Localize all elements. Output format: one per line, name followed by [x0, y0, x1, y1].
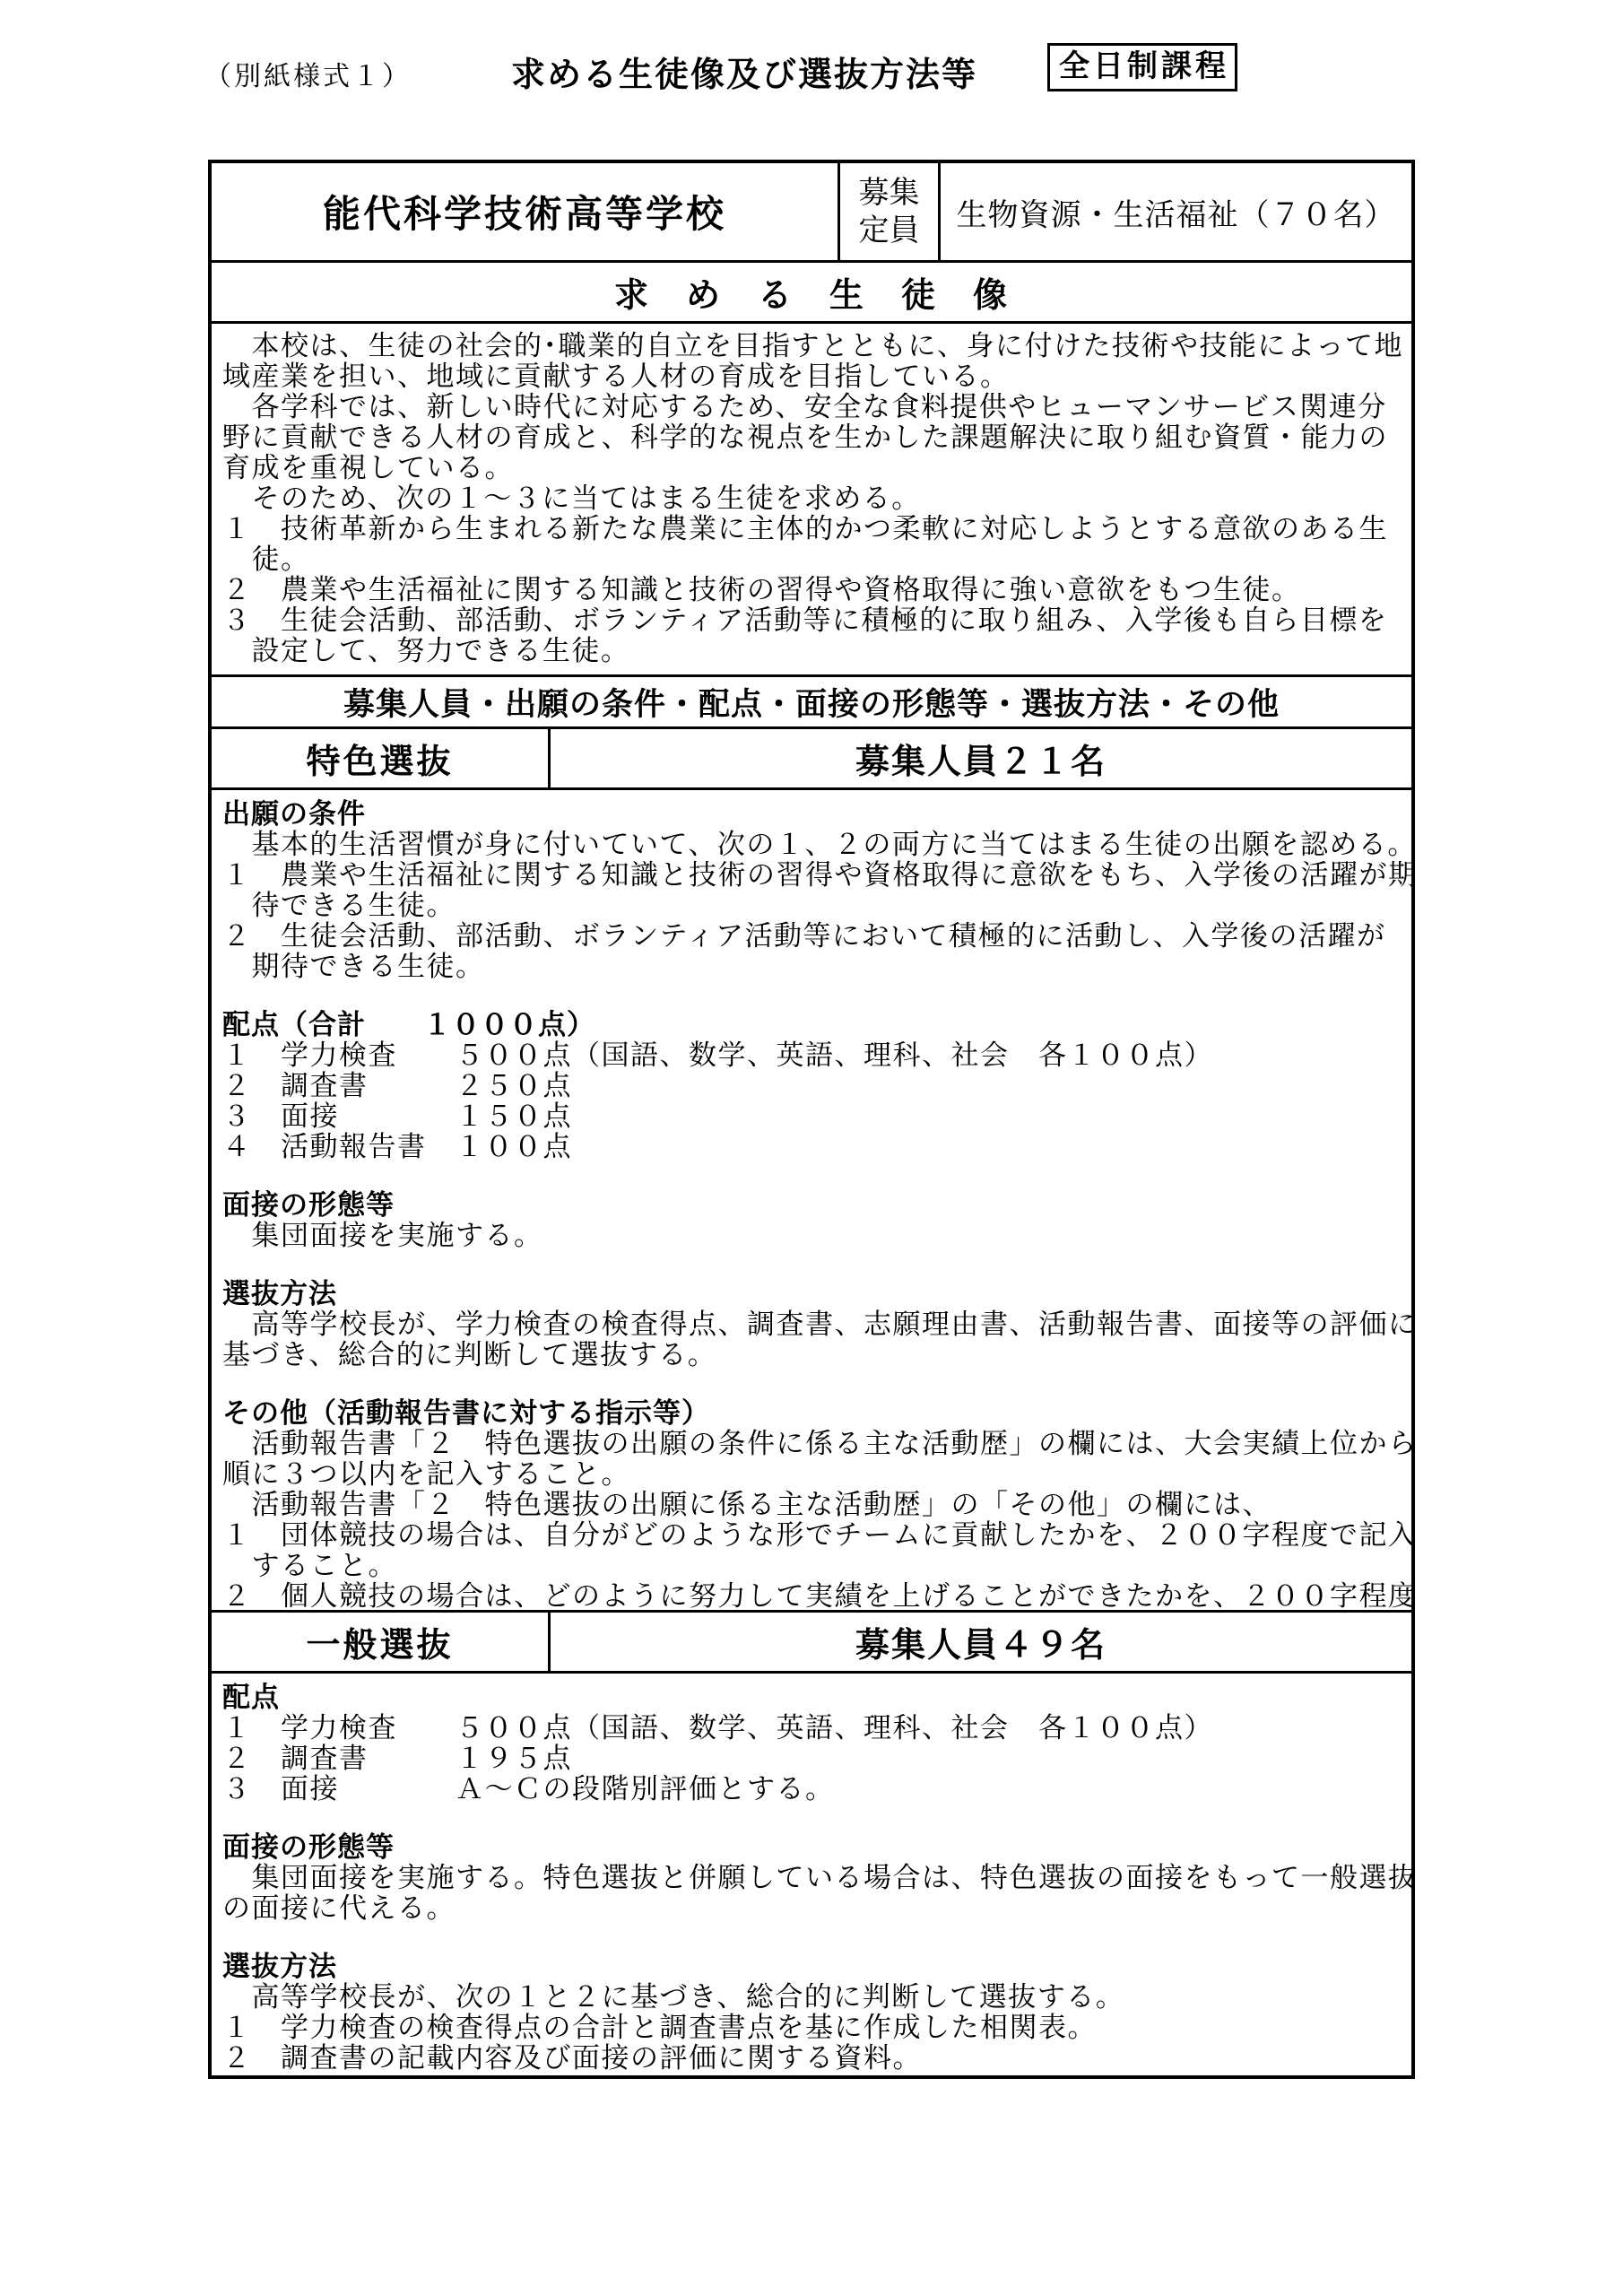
text-line: ２ 調査書 １９５点 [222, 1744, 1402, 1774]
text-line: ２ 生徒会活動、部活動、ボランティア活動等において積極的に活動し、入学後の活躍が [222, 921, 1402, 952]
text-line: ２ 個人競技の場合は、どのように努力して実績を上げることができたかを、２００字程… [222, 1581, 1402, 1610]
capacity-value: 生物資源・生活福祉（７０名） [938, 163, 1411, 260]
block-heading: 選抜方法 [222, 1279, 1402, 1309]
content-block: 面接の形態等 集団面接を実施する。 [222, 1190, 1402, 1251]
tokushoku-label: 特色選抜 [212, 729, 548, 787]
course-badge: 全日制課程 [1047, 43, 1237, 91]
text-line: そのため、次の１～３に当てはまる生徒を求める。 [222, 483, 1402, 514]
ippan-content: 配点１ 学力検査 ５００点（国語、数学、英語、理科、社会 各１００点）２ 調査書… [212, 1671, 1411, 2076]
text-line: 野に貢献できる人材の育成と、科学的な視点を生かした課題解決に取り組む資質・能力の [222, 422, 1402, 453]
block-heading: その他（活動報告書に対する指示等） [222, 1398, 1402, 1429]
text-line: 高等学校長が、学力検査の検査得点、調査書、志願理由書、活動報告書、面接等の評価に [222, 1309, 1402, 1340]
text-line: 集団面接を実施する。特色選抜と併願している場合は、特色選抜の面接をもって一般選抜 [222, 1863, 1402, 1893]
content-block: その他（活動報告書に対する指示等） 活動報告書「２ 特色選抜の出願の条件に係る主… [222, 1398, 1402, 1610]
text-line: 基本的生活習慣が身に付いていて、次の１、２の両方に当てはまる生徒の出願を認める。 [222, 830, 1402, 860]
selection-method-header: 募集人員・出願の条件・配点・面接の形態等・選抜方法・その他 [212, 674, 1411, 726]
document-title: 求める生徒像及び選抜方法等 [511, 47, 977, 96]
page-header: （別紙様式１） 求める生徒像及び選抜方法等 全日制課程 [0, 43, 1623, 100]
content-block: 配点１ 学力検査 ５００点（国語、数学、英語、理科、社会 各１００点）２ 調査書… [222, 1683, 1402, 1805]
text-line: ２ 調査書の記載内容及び面接の評価に関する資料。 [222, 2043, 1402, 2074]
content-block: 面接の形態等 集団面接を実施する。特色選抜と併願している場合は、特色選抜の面接を… [222, 1832, 1402, 1924]
block-heading: 面接の形態等 [222, 1832, 1402, 1863]
ippan-label-row: 一般選抜 募集人員４９名 [212, 1610, 1411, 1671]
ippan-label: 一般選抜 [212, 1613, 548, 1671]
text-line: の面接に代える。 [222, 1893, 1402, 1924]
text-line: １ 団体競技の場合は、自分がどのような形でチームに貢献したかを、２００字程度で記… [222, 1520, 1402, 1551]
block-heading: 配点 [222, 1683, 1402, 1713]
text-line: 活動報告書「２ 特色選抜の出願の条件に係る主な活動歴」の欄には、大会実績上位から [222, 1429, 1402, 1459]
text-line: 徒。 [222, 544, 1402, 575]
ippan-capacity: 募集人員４９名 [548, 1613, 1411, 1671]
content-block: 出願の条件 基本的生活習慣が身に付いていて、次の１、２の両方に当てはまる生徒の出… [222, 799, 1402, 982]
text-line: 各学科では、新しい時代に対応するため、安全な食料提供やヒューマンサービス関連分 [222, 392, 1402, 422]
text-line: 高等学校長が、次の１と２に基づき、総合的に判断して選抜する。 [222, 1982, 1402, 2013]
text-line: １ 農業や生活福祉に関する知識と技術の習得や資格取得に意欲をもち、入学後の活躍が… [222, 860, 1402, 891]
content-block: 選抜方法 高等学校長が、次の１と２に基づき、総合的に判断して選抜する。１ 学力検… [222, 1952, 1402, 2074]
admission-table: 能代科学技術高等学校 募集定員 生物資源・生活福祉（７０名） 求 め る 生 徒… [208, 160, 1415, 2079]
text-line: ３ 面接 Ａ～Ｃの段階別評価とする。 [222, 1774, 1402, 1805]
text-line: １ 学力検査 ５００点（国語、数学、英語、理科、社会 各１００点） [222, 1713, 1402, 1744]
text-line: １ 学力検査の検査得点の合計と調査書点を基に作成した相関表。 [222, 2013, 1402, 2043]
ideal-student-text: 本校は、生徒の社会的･職業的自立を目指すとともに、身に付けた技術や技能によって地… [212, 321, 1411, 674]
school-name: 能代科学技術高等学校 [212, 163, 838, 260]
text-line: 設定して、努力できる生徒。 [222, 636, 1402, 666]
text-line: １ 学力検査 ５００点（国語、数学、英語、理科、社会 各１００点） [222, 1040, 1402, 1071]
document-page: { "header": { "form_label": "（別紙様式１）", "… [0, 0, 1623, 2296]
text-line: 活動報告書「２ 特色選抜の出願に係る主な活動歴」の「その他」の欄には、 [222, 1490, 1402, 1520]
text-line: ２ 調査書 ２５０点 [222, 1071, 1402, 1101]
block-heading: 出願の条件 [222, 799, 1402, 830]
tokushoku-capacity: 募集人員２１名 [548, 729, 1411, 787]
text-line: １ 技術革新から生まれる新たな農業に主体的かつ柔軟に対応しようとする意欲のある生 [222, 514, 1402, 544]
text-line: 集団面接を実施する。 [222, 1221, 1402, 1251]
content-block: 配点（合計 １０００点）１ 学力検査 ５００点（国語、数学、英語、理科、社会 各… [222, 1010, 1402, 1162]
ideal-student-title: 求 め る 生 徒 像 [212, 260, 1411, 321]
text-line: ２ 農業や生活福祉に関する知識と技術の習得や資格取得に強い意欲をもつ生徒。 [222, 575, 1402, 605]
block-heading: 面接の形態等 [222, 1190, 1402, 1221]
text-line: 期待できる生徒。 [222, 952, 1402, 982]
text-line: 待できる生徒。 [222, 891, 1402, 921]
text-line: 育成を重視している。 [222, 453, 1402, 483]
text-line: すること。 [222, 1551, 1402, 1581]
text-line: ３ 生徒会活動、部活動、ボランティア活動等に積極的に取り組み、入学後も自ら目標を [222, 605, 1402, 636]
content-block: 選抜方法 高等学校長が、学力検査の検査得点、調査書、志願理由書、活動報告書、面接… [222, 1279, 1402, 1370]
text-line: 順に３つ以内を記入すること。 [222, 1459, 1402, 1490]
text-line: 基づき、総合的に判断して選抜する。 [222, 1340, 1402, 1370]
block-heading: 配点（合計 １０００点） [222, 1010, 1402, 1040]
capacity-label: 募集定員 [857, 174, 921, 250]
tokushoku-content: 出願の条件 基本的生活習慣が身に付いていて、次の１、２の両方に当てはまる生徒の出… [212, 787, 1411, 1610]
text-line: 域産業を担い、地域に貢献する人材の育成を目指している。 [222, 361, 1402, 392]
capacity-label-cell: 募集定員 [838, 163, 938, 260]
text-line: 本校は、生徒の社会的･職業的自立を目指すとともに、身に付けた技術や技能によって地 [222, 331, 1402, 361]
tokushoku-label-row: 特色選抜 募集人員２１名 [212, 726, 1411, 787]
text-line: ３ 面接 １５０点 [222, 1101, 1402, 1132]
text-line: ４ 活動報告書 １００点 [222, 1132, 1402, 1162]
block-heading: 選抜方法 [222, 1952, 1402, 1982]
form-label: （別紙様式１） [204, 54, 412, 93]
school-row: 能代科学技術高等学校 募集定員 生物資源・生活福祉（７０名） [212, 163, 1411, 260]
